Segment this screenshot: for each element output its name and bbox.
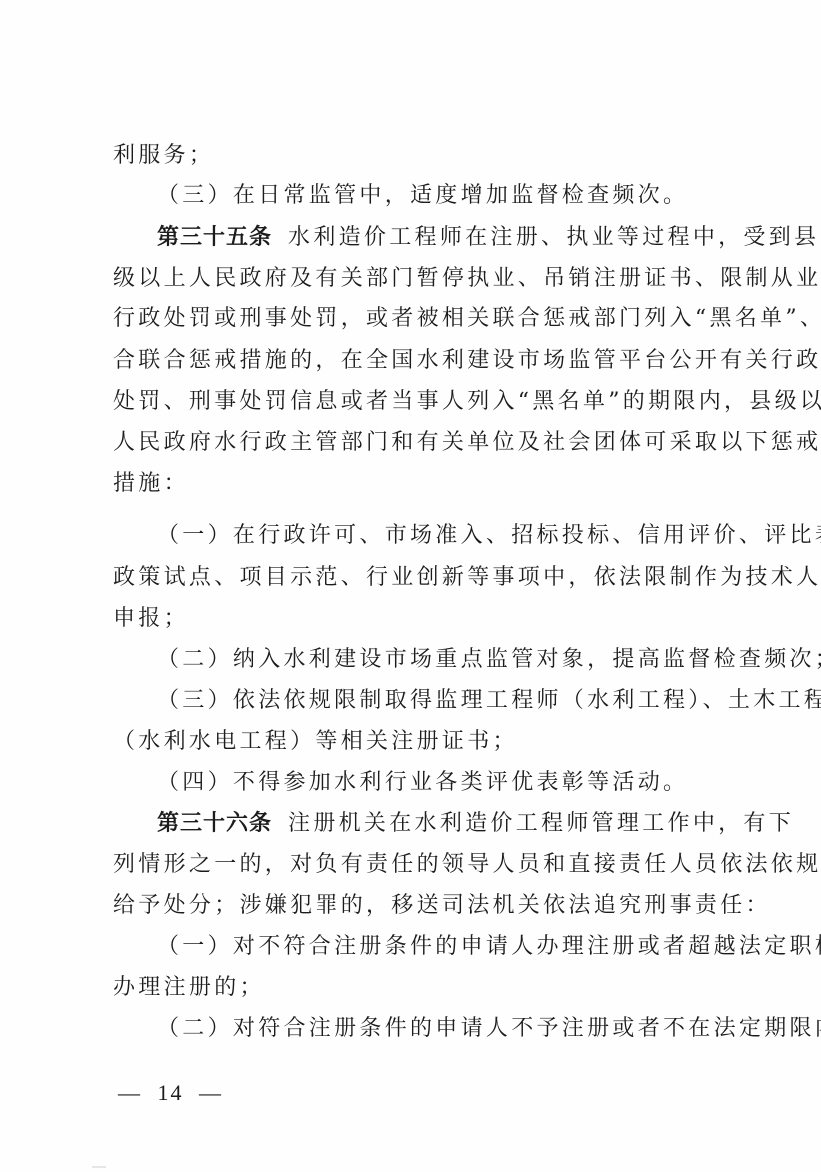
line-text: （四）不得参加水利行业各类评优表彰等活动。 — [157, 770, 688, 795]
list-item: （一）在行政许可、市场准入、招标投标、信用评价、评比表彰、 — [157, 517, 725, 554]
line-text: （二）对符合注册条件的申请人不予注册或者不在法定期限内 — [157, 1016, 821, 1041]
line-text: （三）在日常监管中，适度增加监督检查频次。 — [157, 183, 688, 208]
text-line: 处罚、刑事处罚信息或者当事人列入“黑名单”的期限内，县级以上 — [113, 383, 725, 420]
text-line: 办理注册的； — [113, 969, 725, 1006]
text-line: 人民政府水行政主管部门和有关单位及社会团体可采取以下惩戒 — [113, 424, 725, 461]
article-title: 第三十六条 — [157, 811, 272, 836]
text-line: 利服务； — [113, 137, 725, 174]
line-text: （二）纳入水利建设市场重点监管对象，提高监督检查频次； — [157, 647, 821, 672]
list-item: （三）在日常监管中，适度增加监督检查频次。 — [157, 177, 725, 214]
text-line: 行政处罚或刑事处罚，或者被相关联合惩戒部门列入“黑名单”、符 — [113, 300, 725, 337]
list-item: （一）对不符合注册条件的申请人办理注册或者超越法定职权 — [157, 928, 725, 965]
text-line: 合联合惩戒措施的，在全国水利建设市场监管平台公开有关行政 — [113, 342, 725, 379]
line-text: （水利水电工程）等相关注册证书； — [113, 729, 518, 754]
text-line: 申报； — [113, 600, 725, 637]
line-text: 办理注册的； — [113, 975, 265, 1000]
line-text: 政策试点、项目示范、行业创新等事项中，依法限制作为技术人员 — [113, 565, 821, 590]
line-text: 处罚、刑事处罚信息或者当事人列入“黑名单”的期限内，县级以上 — [113, 389, 821, 414]
text-line: 级以上人民政府及有关部门暂停执业、吊销注册证书、限制从业等 — [113, 260, 725, 297]
line-text: 人民政府水行政主管部门和有关单位及社会团体可采取以下惩戒 — [113, 430, 821, 455]
text-line: 列情形之一的，对负有责任的领导人员和直接责任人员依法依规 — [113, 846, 725, 883]
page-number: — 14 — — [118, 1080, 223, 1106]
line-text: 措施： — [113, 471, 189, 496]
line-text: （三）依法依规限制取得监理工程师（水利工程）、土木工程师 — [157, 688, 821, 713]
list-item: （四）不得参加水利行业各类评优表彰等活动。 — [157, 764, 725, 801]
scan-artifact — [92, 1166, 106, 1168]
line-text: 合联合惩戒措施的，在全国水利建设市场监管平台公开有关行政 — [113, 348, 821, 373]
text-line: 措施： — [113, 465, 725, 502]
list-item: （二）对符合注册条件的申请人不予注册或者不在法定期限内 — [157, 1010, 725, 1047]
line-text: 行政处罚或刑事处罚，或者被相关联合惩戒部门列入“黑名单”、符 — [113, 306, 821, 331]
line-text: （一）对不符合注册条件的申请人办理注册或者超越法定职权 — [157, 934, 821, 959]
line-text: 给予处分；涉嫌犯罪的，移送司法机关依法追究刑事责任： — [113, 893, 771, 918]
line-text: 利服务； — [113, 143, 214, 168]
article-36-heading-line: 第三十六条注册机关在水利造价工程师管理工作中，有下 — [157, 805, 725, 842]
document-page: 利服务； （三）在日常监管中，适度增加监督检查频次。 第三十五条水利造价工程师在… — [0, 0, 821, 1172]
list-item: （二）纳入水利建设市场重点监管对象，提高监督检查频次； — [157, 641, 725, 678]
article-title: 第三十五条 — [157, 225, 272, 250]
line-text: 水利造价工程师在注册、执业等过程中，受到县 — [288, 225, 819, 250]
text-line: 给予处分；涉嫌犯罪的，移送司法机关依法追究刑事责任： — [113, 887, 725, 924]
line-text: 注册机关在水利造价工程师管理工作中，有下 — [288, 811, 794, 836]
line-text: 级以上人民政府及有关部门暂停执业、吊销注册证书、限制从业等 — [113, 266, 821, 291]
text-line: （水利水电工程）等相关注册证书； — [113, 723, 725, 760]
text-line: 政策试点、项目示范、行业创新等事项中，依法限制作为技术人员 — [113, 559, 725, 596]
line-text: 列情形之一的，对负有责任的领导人员和直接责任人员依法依规 — [113, 852, 821, 877]
list-item: （三）依法依规限制取得监理工程师（水利工程）、土木工程师 — [157, 682, 725, 719]
article-35-heading-line: 第三十五条水利造价工程师在注册、执业等过程中，受到县 — [157, 219, 725, 256]
line-text: 申报； — [113, 606, 189, 631]
line-text: （一）在行政许可、市场准入、招标投标、信用评价、评比表彰、 — [157, 523, 821, 548]
